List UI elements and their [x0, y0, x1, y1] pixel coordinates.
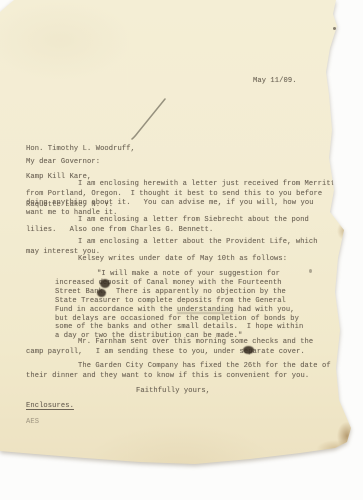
letter-date: May 11/09. [253, 77, 297, 87]
paper-shadow: May 11/09. Hon. Timothy L. Woodruff, Kam… [0, 0, 363, 500]
ink-blot [243, 346, 254, 354]
scanned-letter-page: May 11/09. Hon. Timothy L. Woodruff, Kam… [0, 0, 363, 500]
paper-speck [333, 27, 336, 30]
salutation: My dear Governor: [26, 158, 100, 168]
closing-valediction: Faithfully yours, [136, 387, 210, 397]
paragraph-farnham: Mr. Farnham sent over this morning some … [26, 338, 348, 357]
paragraph-merritt: I am enclosing herewith a letter just re… [26, 180, 348, 218]
paragraph-garden-city: The Garden City Company has fixed the 26… [26, 362, 348, 381]
quoted-kelsey-passage: "I will make a note of your suggestion f… [55, 270, 325, 341]
recipient-name: Hon. Timothy L. Woodruff, [26, 145, 135, 154]
ink-blot [97, 289, 106, 297]
typewriter-smudge [177, 312, 233, 314]
paper-speck [309, 269, 312, 273]
letter-paper: May 11/09. Hon. Timothy L. Woodruff, Kam… [0, 0, 363, 500]
quote-intro: Kelsey writes under date of May 10th as … [26, 255, 348, 265]
ink-blot [100, 279, 110, 288]
pencil-checkmark-icon [129, 96, 169, 142]
enclosures-note: Enclosures. [26, 402, 74, 412]
paragraph-siebrecht: I am enclosing a letter from Siebrecht a… [26, 216, 348, 235]
typist-initials: AES [26, 418, 39, 428]
